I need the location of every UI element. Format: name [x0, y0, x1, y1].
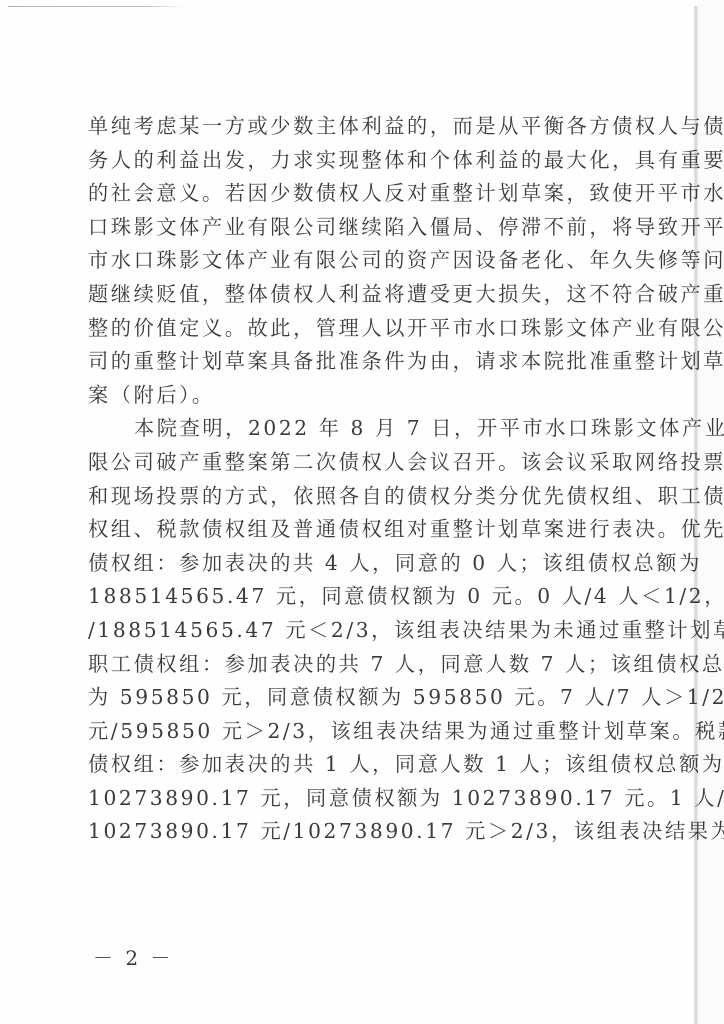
paragraph-first-line: 本院查明，2022 年 8 月 7 日，开平市水口珠影文体产业有: [88, 412, 644, 446]
text-line: 司的重整计划草案具备批准条件为由，请求本院批准重整计划草: [88, 345, 644, 379]
text-line: 市水口珠影文体产业有限公司的资产因设备老化、年久失修等问: [88, 244, 644, 278]
document-page: 单纯考虑某一方或少数主体利益的，而是从平衡各方债权人与债 务人的利益出发，力求实…: [0, 0, 724, 1024]
text-line: 元/595850 元＞2/3，该组表决结果为通过重整计划草案。税款: [88, 715, 644, 749]
page-number: － 2 －: [93, 942, 173, 971]
text-line: 债权组：参加表决的共 1 人，同意人数 1 人；该组债权总额为: [88, 748, 644, 782]
text-line: 务人的利益出发，力求实现整体和个体利益的最大化，具有重要: [88, 144, 644, 178]
text-line: 口珠影文体产业有限公司继续陷入僵局、停滞不前，将导致开平: [88, 211, 644, 245]
text-line: 188514565.47 元，同意债权额为 0 元。0 人/4 人＜1/2，0 …: [88, 580, 644, 614]
text-line: 单纯考虑某一方或少数主体利益的，而是从平衡各方债权人与债: [88, 110, 644, 144]
text-line: 题继续贬值，整体债权人利益将遭受更大损失，这不符合破产重: [88, 278, 644, 312]
document-body: 单纯考虑某一方或少数主体利益的，而是从平衡各方债权人与债 务人的利益出发，力求实…: [88, 110, 644, 849]
text-line: 权组、税款债权组及普通债权组对重整计划草案进行表决。优先: [88, 513, 644, 547]
text-line: 案（附后）。: [88, 379, 644, 413]
text-line: 债权组：参加表决的共 4 人，同意的 0 人；该组债权总额为: [88, 547, 644, 581]
text-line: 整的价值定义。故此，管理人以开平市水口珠影文体产业有限公: [88, 312, 644, 346]
text-line: 的社会意义。若因少数债权人反对重整计划草案，致使开平市水: [88, 177, 644, 211]
text-line: /188514565.47 元＜2/3，该组表决结果为未通过重整计划草案。: [88, 614, 644, 648]
text-line: 10273890.17 元/10273890.17 元＞2/3，该组表决结果为通…: [88, 815, 644, 849]
text-line: 职工债权组：参加表决的共 7 人，同意人数 7 人；该组债权总额: [88, 648, 644, 682]
text-line: 限公司破产重整案第二次债权人会议召开。该会议采取网络投票: [88, 446, 644, 480]
text-line: 和现场投票的方式，依照各自的债权分类分优先债权组、职工债: [88, 480, 644, 514]
text-line: 为 595850 元，同意债权额为 595850 元。7 人/7 人＞1/2，5…: [88, 681, 644, 715]
text-line: 10273890.17 元，同意债权额为 10273890.17 元。1 人/1…: [88, 782, 644, 816]
scan-edge-top: [8, 6, 183, 7]
